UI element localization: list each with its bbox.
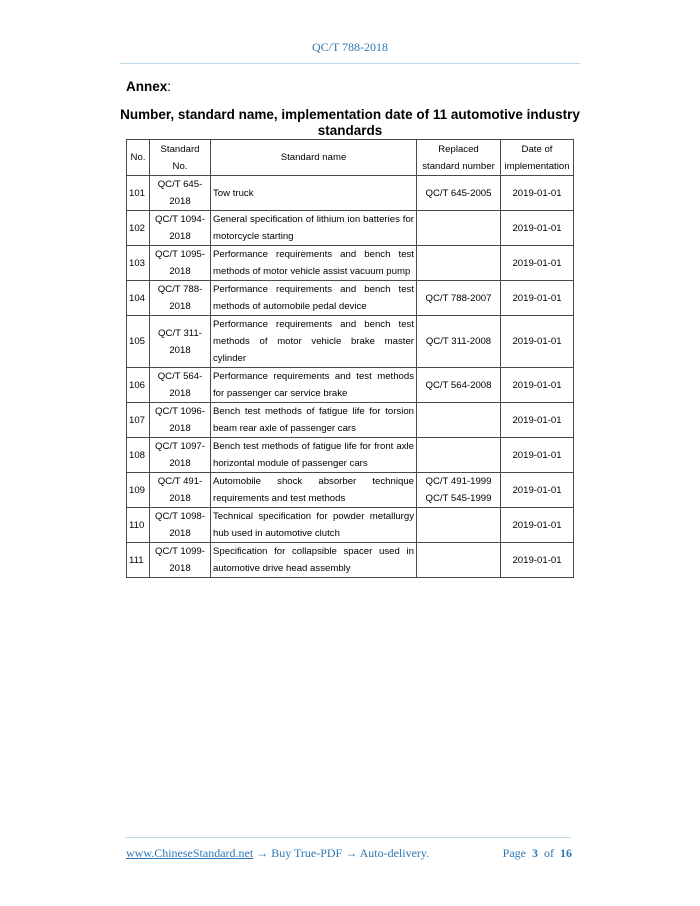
standard-name-cell: Bench test methods of fatigue life for t…	[211, 403, 417, 438]
column-header: Standard name	[211, 140, 417, 176]
table-row: 102QC/T 1094-2018General specification o…	[127, 211, 574, 246]
standard-number: QC/T 1095-	[155, 249, 205, 260]
table-header-row: No.Standard No.Standard nameReplacedstan…	[127, 140, 574, 176]
standard-number: QC/T 1099-	[155, 546, 205, 557]
replaced-standard-cell	[417, 211, 501, 246]
standard-name: Performance requirements and bench test …	[213, 319, 414, 364]
standard-year: 2018	[169, 266, 190, 277]
row-number-cell: 106	[127, 368, 150, 403]
implementation-date-cell: 2019-01-01	[501, 281, 574, 316]
standard-name: Bench test methods of fatigue life for f…	[213, 441, 414, 469]
standard-name: Automobile shock absorber technique requ…	[213, 476, 414, 504]
standard-name-cell: Tow truck	[211, 176, 417, 211]
implementation-date: 2019-01-01	[512, 520, 561, 531]
standard-name: Tow truck	[213, 188, 254, 199]
standard-name: Performance requirements and bench test …	[213, 284, 414, 312]
table-row: 109QC/T 491-2018Automobile shock absorbe…	[127, 473, 574, 508]
row-number: 108	[129, 450, 145, 461]
replaced-standard-cell	[417, 438, 501, 473]
standard-name-cell: Performance requirements and bench test …	[211, 316, 417, 368]
table-row: 108QC/T 1097-2018Bench test methods of f…	[127, 438, 574, 473]
standard-number: QC/T 645-	[158, 179, 203, 190]
row-number: 103	[129, 258, 145, 269]
column-header-label: Standard name	[281, 152, 347, 163]
row-number-cell: 103	[127, 246, 150, 281]
standard-number: QC/T 491-	[158, 476, 203, 487]
header-divider	[120, 63, 580, 64]
standard-number-cell: QC/T 788-2018	[150, 281, 211, 316]
standard-year: 2018	[169, 423, 190, 434]
implementation-date-cell: 2019-01-01	[501, 473, 574, 508]
standard-number-cell: QC/T 1096-2018	[150, 403, 211, 438]
row-number-cell: 101	[127, 176, 150, 211]
standard-name: Technical specification for powder metal…	[213, 511, 414, 539]
standard-year: 2018	[169, 528, 190, 539]
arrow-right-icon: →	[342, 846, 359, 860]
standard-year: 2018	[169, 345, 190, 356]
row-number: 111	[129, 555, 144, 566]
implementation-date-cell: 2019-01-01	[501, 438, 574, 473]
footer-divider	[125, 837, 571, 838]
standard-name-cell: General specification of lithium ion bat…	[211, 211, 417, 246]
row-number-cell: 104	[127, 281, 150, 316]
standard-number: QC/T 1094-	[155, 214, 205, 225]
implementation-date-cell: 2019-01-01	[501, 508, 574, 543]
of-word: of	[544, 846, 554, 860]
column-header-label: implementation	[504, 161, 569, 172]
page-indicator: Page 3 of 16	[500, 846, 572, 861]
standard-year: 2018	[169, 388, 190, 399]
column-header: Replacedstandard number	[417, 140, 501, 176]
implementation-date-cell: 2019-01-01	[501, 543, 574, 578]
standard-number-cell: QC/T 645-2018	[150, 176, 211, 211]
table-row: 105QC/T 311-2018Performance requirements…	[127, 316, 574, 368]
column-header-label: Replaced	[438, 144, 479, 155]
row-number-cell: 109	[127, 473, 150, 508]
table-row: 101QC/T 645-2018Tow truckQC/T 645-200520…	[127, 176, 574, 211]
implementation-date: 2019-01-01	[512, 258, 561, 269]
standard-year: 2018	[169, 196, 190, 207]
replaced-standard-number: QC/T 311-2008	[426, 336, 491, 347]
standard-name-cell: Performance requirements and bench test …	[211, 246, 417, 281]
standard-name-cell: Bench test methods of fatigue life for f…	[211, 438, 417, 473]
standard-number-cell: QC/T 1098-2018	[150, 508, 211, 543]
row-number-cell: 108	[127, 438, 150, 473]
standard-name-cell: Performance requirements and bench test …	[211, 281, 417, 316]
implementation-date: 2019-01-01	[512, 555, 561, 566]
row-number: 105	[129, 336, 145, 347]
standard-name: Bench test methods of fatigue life for t…	[213, 406, 414, 434]
standard-name-cell: Automobile shock absorber technique requ…	[211, 473, 417, 508]
row-number: 109	[129, 485, 145, 496]
implementation-date: 2019-01-01	[512, 336, 561, 347]
standard-number: QC/T 788-	[158, 284, 203, 295]
standard-name-cell: Performance requirements and test method…	[211, 368, 417, 403]
standard-number: QC/T 564-	[158, 371, 203, 382]
implementation-date-cell: 2019-01-01	[501, 176, 574, 211]
standard-year: 2018	[169, 458, 190, 469]
column-header: Date ofimplementation	[501, 140, 574, 176]
replaced-standard-cell	[417, 403, 501, 438]
implementation-date-cell: 2019-01-01	[501, 246, 574, 281]
row-number-cell: 105	[127, 316, 150, 368]
row-number: 102	[129, 223, 145, 234]
row-number: 101	[129, 188, 145, 199]
standard-number-cell: QC/T 1095-2018	[150, 246, 211, 281]
column-header-label: Standard No.	[161, 144, 200, 172]
column-header-label: Date of	[522, 144, 553, 155]
implementation-date: 2019-01-01	[512, 223, 561, 234]
standard-number-cell: QC/T 1097-2018	[150, 438, 211, 473]
implementation-date-cell: 2019-01-01	[501, 368, 574, 403]
standard-number: QC/T 1098-	[155, 511, 205, 522]
table-row: 106QC/T 564-2018Performance requirements…	[127, 368, 574, 403]
row-number-cell: 102	[127, 211, 150, 246]
standards-table: No.Standard No.Standard nameReplacedstan…	[126, 139, 574, 578]
implementation-date-cell: 2019-01-01	[501, 211, 574, 246]
standard-number-cell: QC/T 564-2018	[150, 368, 211, 403]
row-number: 107	[129, 415, 145, 426]
table-title: Number, standard name, implementation da…	[120, 107, 580, 139]
standard-name-cell: Specification for collapsible spacer use…	[211, 543, 417, 578]
standard-name: Performance requirements and bench test …	[213, 249, 414, 277]
column-header-label: No.	[131, 152, 146, 163]
total-pages-number: 16	[560, 846, 572, 860]
standard-name-cell: Technical specification for powder metal…	[211, 508, 417, 543]
buy-true-pdf-text: Buy True-PDF	[271, 846, 342, 860]
replaced-standard-cell: QC/T 564-2008	[417, 368, 501, 403]
replaced-standard-cell	[417, 543, 501, 578]
standard-name: Performance requirements and test method…	[213, 371, 414, 399]
table-row: 104QC/T 788-2018Performance requirements…	[127, 281, 574, 316]
standard-number: QC/T 311-	[158, 328, 202, 339]
implementation-date: 2019-01-01	[512, 188, 561, 199]
replaced-standard-cell: QC/T 311-2008	[417, 316, 501, 368]
website-link[interactable]: www.ChineseStandard.net	[126, 846, 253, 860]
replaced-standard-number: QC/T 491-1999	[426, 476, 492, 487]
replaced-standard-number: QC/T 788-2007	[426, 293, 492, 304]
column-header: Standard No.	[150, 140, 211, 176]
implementation-date: 2019-01-01	[512, 293, 561, 304]
replaced-standard-cell: QC/T 645-2005	[417, 176, 501, 211]
replaced-standard-cell: QC/T 491-1999QC/T 545-1999	[417, 473, 501, 508]
table-row: 103QC/T 1095-2018Performance requirement…	[127, 246, 574, 281]
replaced-standard-number: QC/T 564-2008	[426, 380, 492, 391]
implementation-date: 2019-01-01	[512, 380, 561, 391]
replaced-standard-cell: QC/T 788-2007	[417, 281, 501, 316]
row-number: 110	[129, 520, 144, 531]
standard-number: QC/T 1096-	[155, 406, 205, 417]
standard-number-cell: QC/T 311-2018	[150, 316, 211, 368]
auto-delivery-text: Auto-delivery.	[360, 846, 430, 860]
implementation-date: 2019-01-01	[512, 450, 561, 461]
table-row: 107QC/T 1096-2018Bench test methods of f…	[127, 403, 574, 438]
replaced-standard-cell	[417, 508, 501, 543]
document-code-header: QC/T 788-2018	[120, 40, 580, 55]
standard-year: 2018	[169, 493, 190, 504]
implementation-date-cell: 2019-01-01	[501, 316, 574, 368]
standard-name: Specification for collapsible spacer use…	[213, 546, 414, 574]
annex-heading: Annex:	[126, 79, 171, 94]
annex-colon: :	[167, 79, 171, 94]
standard-number-cell: QC/T 1094-2018	[150, 211, 211, 246]
standard-year: 2018	[169, 231, 190, 242]
standard-number: QC/T 1097-	[155, 441, 205, 452]
table-row: 110QC/T 1098-2018Technical specification…	[127, 508, 574, 543]
column-header: No.	[127, 140, 150, 176]
replaced-standard-cell	[417, 246, 501, 281]
replaced-standard-number: QC/T 645-2005	[426, 188, 492, 199]
standard-year: 2018	[169, 563, 190, 574]
standard-year: 2018	[169, 301, 190, 312]
implementation-date-cell: 2019-01-01	[501, 403, 574, 438]
annex-label: Annex	[126, 79, 167, 94]
row-number: 106	[129, 380, 145, 391]
current-page-number: 3	[532, 846, 538, 860]
table-body: 101QC/T 645-2018Tow truckQC/T 645-200520…	[127, 176, 574, 578]
row-number-cell: 107	[127, 403, 150, 438]
replaced-standard-number: QC/T 545-1999	[426, 493, 492, 504]
implementation-date: 2019-01-01	[512, 415, 561, 426]
standard-number-cell: QC/T 491-2018	[150, 473, 211, 508]
row-number: 104	[129, 293, 145, 304]
table-row: 111QC/T 1099-2018Specification for colla…	[127, 543, 574, 578]
implementation-date: 2019-01-01	[512, 485, 561, 496]
row-number-cell: 111	[127, 543, 150, 578]
column-header-label: standard number	[422, 161, 495, 172]
row-number-cell: 110	[127, 508, 150, 543]
page-word: Page	[503, 846, 526, 860]
standard-name: General specification of lithium ion bat…	[213, 214, 414, 242]
footer-promo: www.ChineseStandard.net → Buy True-PDF →…	[126, 846, 429, 861]
standard-number-cell: QC/T 1099-2018	[150, 543, 211, 578]
arrow-right-icon: →	[253, 846, 271, 860]
